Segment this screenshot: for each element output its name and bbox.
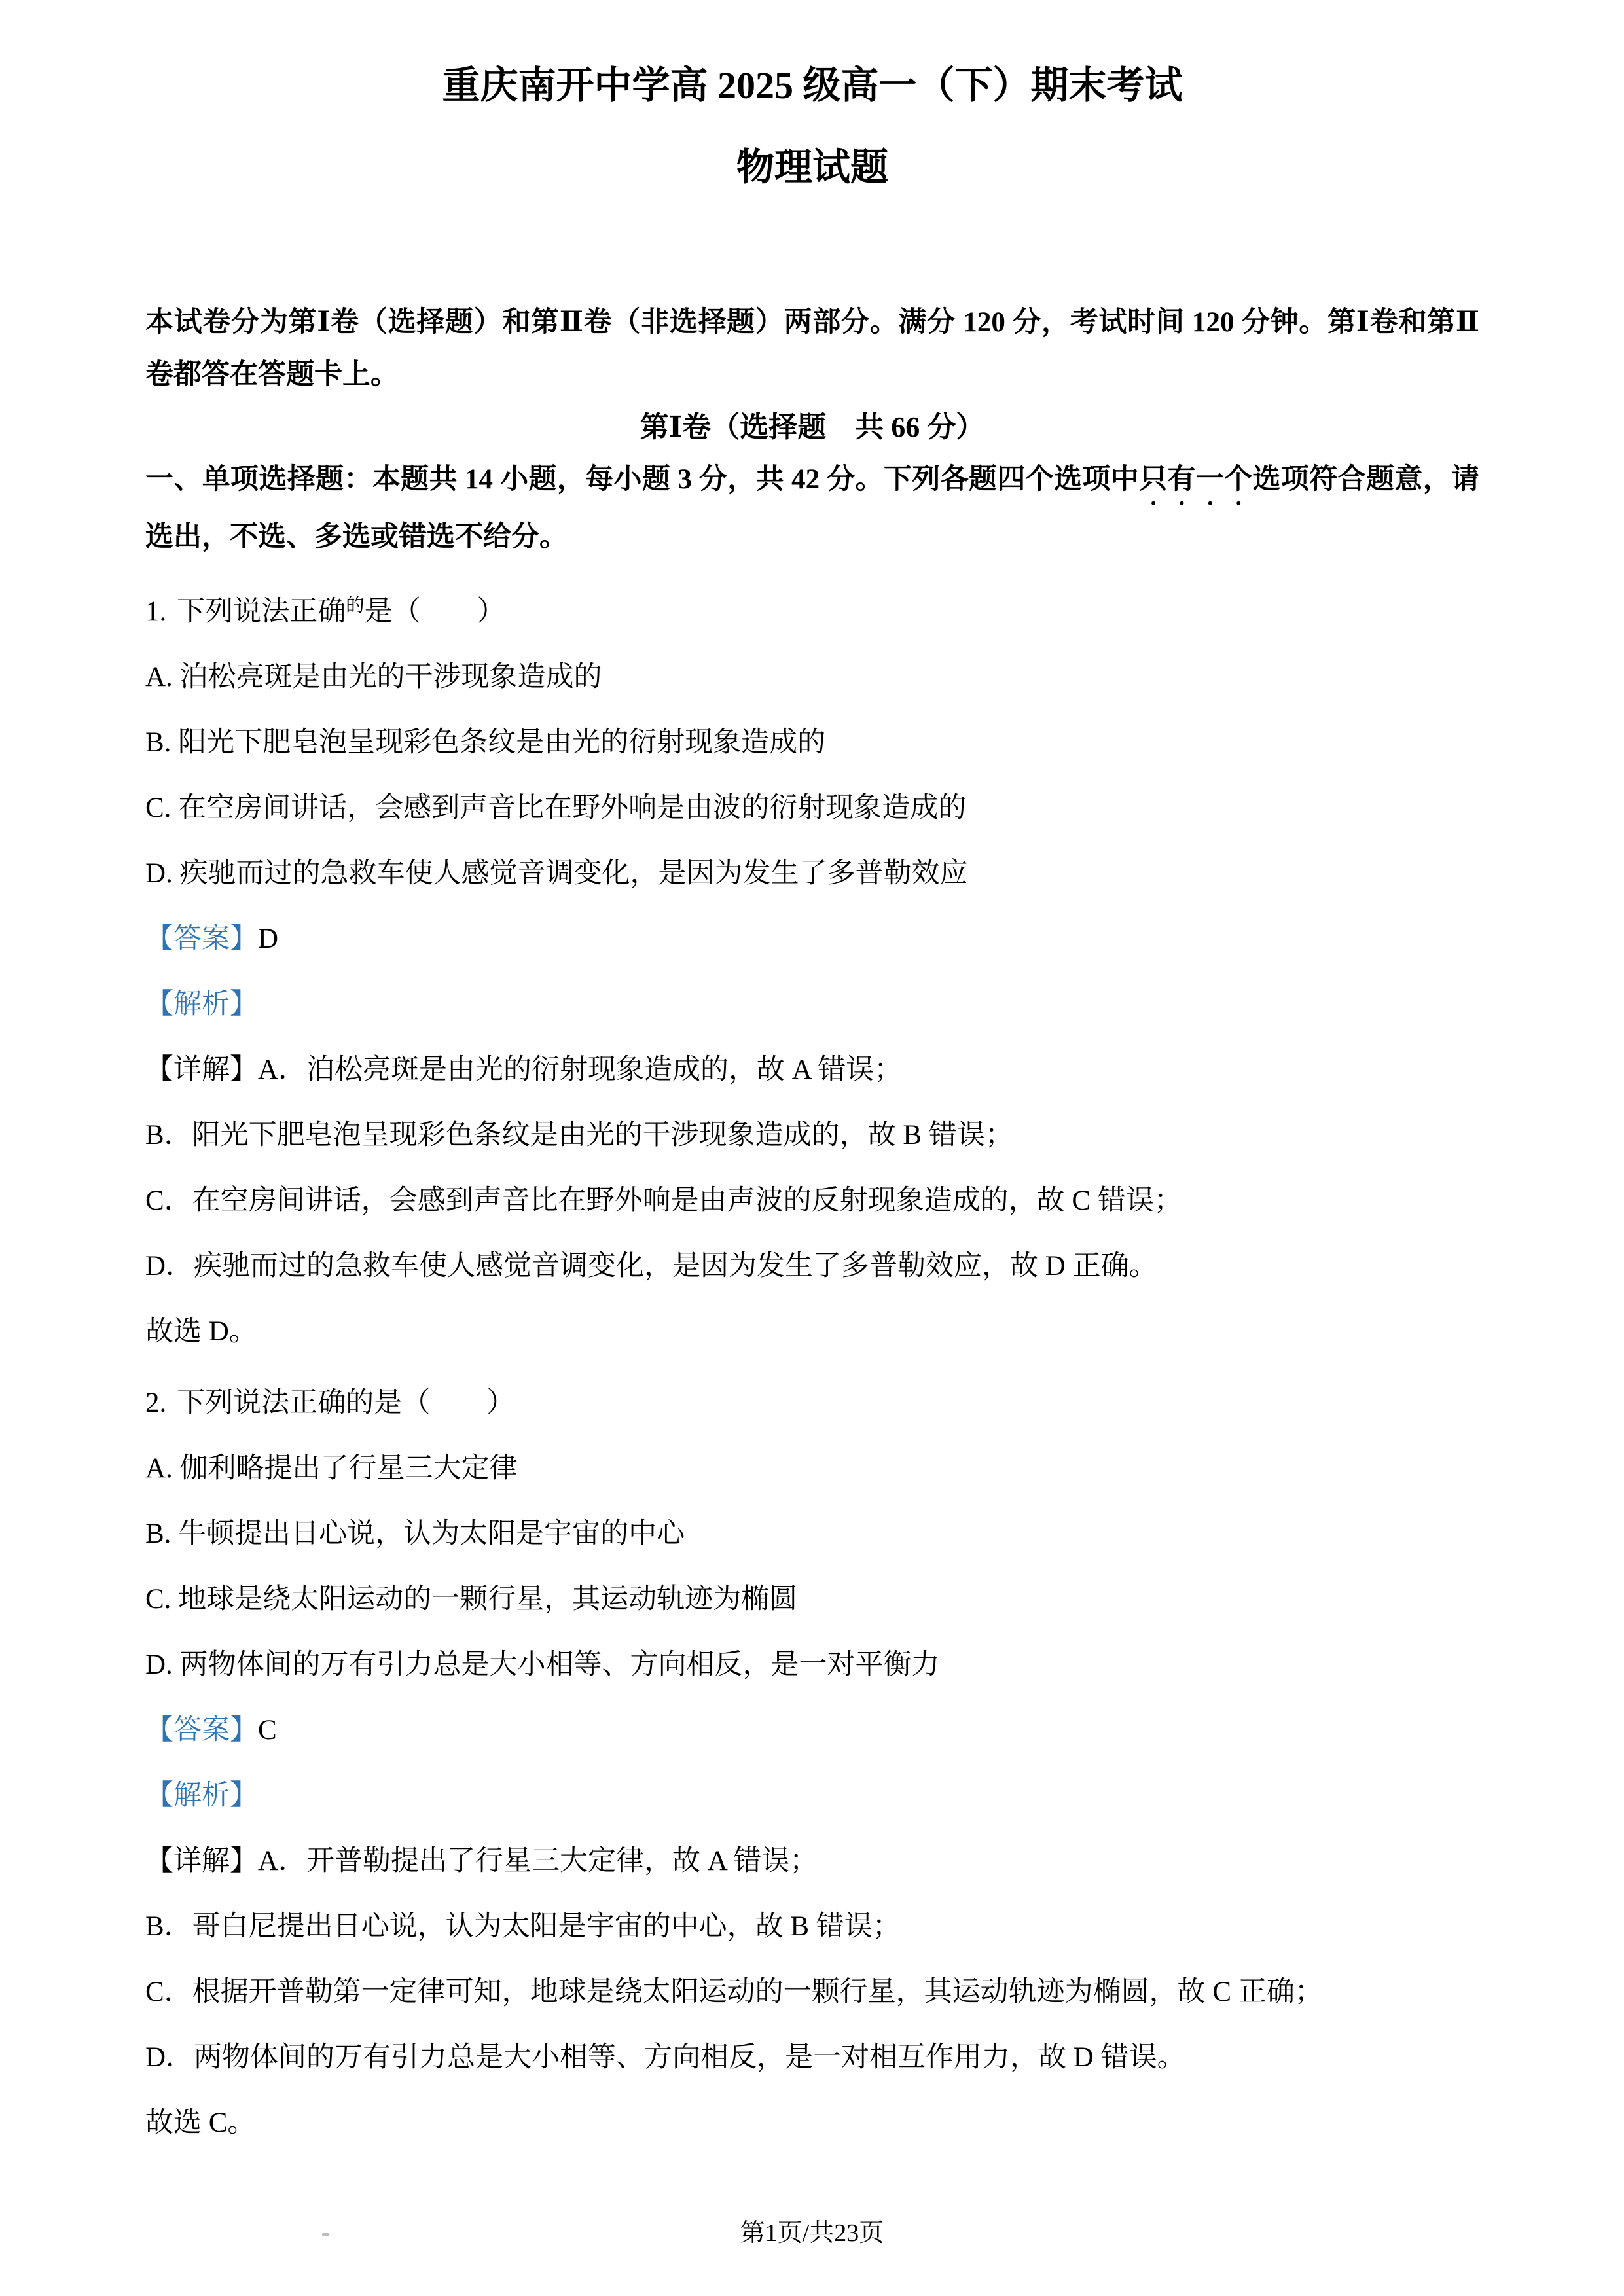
exam-intro: 本试卷分为第Ⅰ卷（选择题）和第Ⅱ卷（非选择题）两部分。满分 120 分，考试时间…	[145, 296, 1479, 401]
question-1-stem: 1.下列说法正确的是（ ）	[145, 580, 1479, 638]
exam-paper-page: 重庆南开中学高 2025 级高一（下）期末考试 物理试题 本试卷分为第Ⅰ卷（选择…	[0, 0, 1624, 2296]
answer-label: 【答案】	[145, 1715, 258, 1746]
question-1-analysis-line: 【解析】	[145, 978, 1479, 1031]
question-2-answer-line: 【答案】C	[145, 1704, 1479, 1757]
question-2-option-b: B. 牛顿提出日心说，认为太阳是宇宙的中心	[145, 1508, 1479, 1560]
question-2-detail-a: 【详解】A．开普勒提出了行星三大定律，故 A 错误；	[145, 1835, 1479, 1888]
answer-label: 【答案】	[145, 924, 258, 954]
question-1-stem-superscript: 的	[346, 596, 364, 616]
question-2: 2.下列说法正确的是（ ） A. 伽利略提出了行星三大定律 B. 牛顿提出日心说…	[145, 1371, 1479, 2149]
question-1-stem-text-after: 是（ ）	[365, 596, 505, 627]
question-2-detail-c: C．根据开普勒第一定律可知，地球是绕太阳运动的一颗行星，其运动轨迹为椭圆，故 C…	[145, 1966, 1479, 2018]
question-1-answer-line: 【答案】D	[145, 913, 1479, 965]
analysis-label: 【解析】	[145, 989, 258, 1020]
question-2-option-c: C. 地球是绕太阳运动的一颗行星，其运动轨迹为椭圆	[145, 1573, 1479, 1626]
question-2-analysis-line: 【解析】	[145, 1770, 1479, 1822]
question-2-option-d: D. 两物体间的万有引力总是大小相等、方向相反，是一对平衡力	[145, 1639, 1479, 1691]
question-2-number: 2.	[145, 1388, 166, 1418]
question-1-option-b: B. 阳光下肥皂泡呈现彩色条纹是由光的衍射现象造成的	[145, 717, 1479, 769]
questions-list: 1.下列说法正确的是（ ） A. 泊松亮斑是由光的干涉现象造成的 B. 阳光下肥…	[145, 580, 1479, 2149]
question-1-option-d: D. 疾驰而过的急救车使人感觉音调变化，是因为发生了多普勒效应	[145, 848, 1479, 900]
page-content: 重庆南开中学高 2025 级高一（下）期末考试 物理试题 本试卷分为第Ⅰ卷（选择…	[145, 58, 1479, 2162]
instruction-text-before: 一、单项选择题：本题共 14 小题，每小题 3 分，共 42 分。下列各题四个选…	[145, 464, 1139, 495]
question-2-answer-value: C	[258, 1715, 277, 1746]
question-1-detail-a: 【详解】A．泊松亮斑是由光的衍射现象造成的，故 A 错误；	[145, 1044, 1479, 1096]
instruction-emphasized-text: 只有一个	[1139, 464, 1252, 495]
page-title: 重庆南开中学高 2025 级高一（下）期末考试	[145, 58, 1479, 113]
question-1: 1.下列说法正确的是（ ） A. 泊松亮斑是由光的干涉现象造成的 B. 阳光下肥…	[145, 580, 1479, 1358]
analysis-label: 【解析】	[145, 1780, 258, 1811]
question-1-stem-text: 下列说法正确	[177, 596, 346, 627]
question-2-stem-text: 下列说法正确的是（ ）	[177, 1388, 514, 1418]
question-1-answer-value: D	[258, 924, 278, 954]
question-1-option-c: C. 在空房间讲话，会感到声音比在野外响是由波的衍射现象造成的	[145, 782, 1479, 834]
section1-heading: 第Ⅰ卷（选择题 共 66 分）	[145, 401, 1479, 454]
page-subtitle: 物理试题	[145, 139, 1479, 195]
question-1-conclusion: 故选 D。	[145, 1306, 1479, 1358]
question-1-number: 1.	[145, 596, 166, 627]
question-1-option-a: A. 泊松亮斑是由光的干涉现象造成的	[145, 651, 1479, 704]
question-1-detail-d: D．疾驰而过的急救车使人感觉音调变化，是因为发生了多普勒效应，故 D 正确。	[145, 1240, 1479, 1293]
exam-header: 本试卷分为第Ⅰ卷（选择题）和第Ⅱ卷（非选择题）两部分。满分 120 分，考试时间…	[145, 296, 1479, 564]
question-2-conclusion: 故选 C。	[145, 2097, 1479, 2149]
question-2-detail-b: B．哥白尼提出日心说，认为太阳是宇宙的中心，故 B 错误；	[145, 1901, 1479, 1953]
question-1-detail-c: C．在空房间讲话，会感到声音比在野外响是由声波的反射现象造成的，故 C 错误；	[145, 1175, 1479, 1227]
question-1-detail-b: B．阳光下肥皂泡呈现彩色条纹是由光的干涉现象造成的，故 B 错误；	[145, 1109, 1479, 1162]
question-2-option-a: A. 伽利略提出了行星三大定律	[145, 1443, 1479, 1495]
section1-instruction: 一、单项选择题：本题共 14 小题，每小题 3 分，共 42 分。下列各题四个选…	[145, 454, 1479, 564]
question-2-stem: 2.下列说法正确的是（ ）	[145, 1371, 1479, 1429]
question-2-detail-d: D．两物体间的万有引力总是大小相等、方向相反，是一对相互作用力，故 D 错误。	[145, 2032, 1479, 2084]
page-footer: 第1页/共23页	[0, 2217, 1624, 2249]
